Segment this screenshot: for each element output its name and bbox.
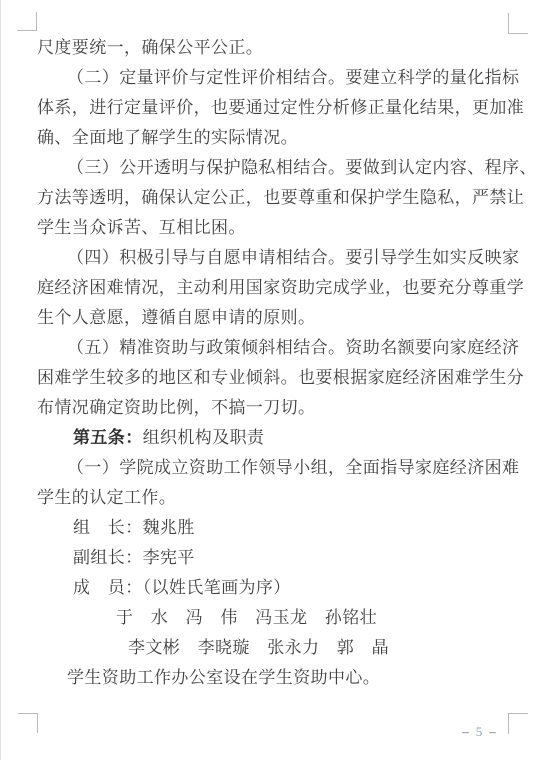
text-line: 学生的认定工作。: [37, 483, 515, 513]
text-line: 组 长：魏兆胜: [37, 513, 515, 543]
text-line: 尺度要统一，确保公平公正。: [37, 33, 515, 63]
page-number-right-dash: –: [489, 724, 496, 739]
text-line: 副组长：李宪平: [37, 543, 515, 573]
text-line: （五）精准资助与政策倾斜相结合。资助名额要向家庭经济: [37, 333, 515, 363]
text-line: 生个人意愿，遵循自愿申请的原则。: [37, 303, 515, 333]
page-number-value: 5: [469, 724, 490, 739]
page-number-left-dash: –: [462, 724, 469, 739]
text-boundary-mark-top-right: [508, 13, 528, 34]
text-line: 第五条：组织机构及职责: [37, 423, 515, 453]
text-line: 庭经济困难情况，主动利用国家资助完成学业，也要充分尊重学: [37, 273, 515, 303]
text-boundary-mark-top-left: [17, 12, 37, 31]
text-line: （四）积极引导与自愿申请相结合。要引导学生如实反映家: [37, 243, 515, 273]
text-line: 困难学生较多的地区和专业倾斜。也要根据家庭经济困难学生分: [37, 363, 515, 393]
text-line: 体系，进行定量评价，也要通过定性分析修正量化结果，更加准: [37, 93, 515, 123]
text-line: 成 员：（以姓氏笔画为序）: [37, 573, 515, 603]
text-line: 学生当众诉苦、互相比困。: [37, 213, 515, 243]
document-page: 尺度要统一，确保公平公正。（二）定量评价与定性评价相结合。要建立科学的量化指标体…: [0, 0, 542, 760]
text-line: 学生资助工作办公室设在学生资助中心。: [37, 663, 515, 693]
article-number-label: 第五条：: [73, 428, 143, 447]
text-boundary-mark-bottom-left: [18, 713, 38, 733]
text-line: 布情况确定资助比例，不搞一刀切。: [37, 393, 515, 423]
document-body: 尺度要统一，确保公平公正。（二）定量评价与定性评价相结合。要建立科学的量化指标体…: [37, 33, 515, 693]
page-number: –5–: [444, 724, 514, 740]
text-line: （二）定量评价与定性评价相结合。要建立科学的量化指标: [37, 63, 515, 93]
text-line: （一）学院成立资助工作领导小组，全面指导家庭经济困难: [37, 453, 515, 483]
text-line: （三）公开透明与保护隐私相结合。要做到认定内容、程序、: [37, 153, 515, 183]
text-line: 李文彬 李晓璇 张永力 郭 晶: [37, 633, 515, 663]
text-line: 于 水 冯 伟 冯玉龙 孙铭壮: [37, 603, 515, 633]
text-line: 方法等透明，确保认定公正，也要尊重和保护学生隐私，严禁让: [37, 183, 515, 213]
text-line: 确、全面地了解学生的实际情况。: [37, 123, 515, 153]
